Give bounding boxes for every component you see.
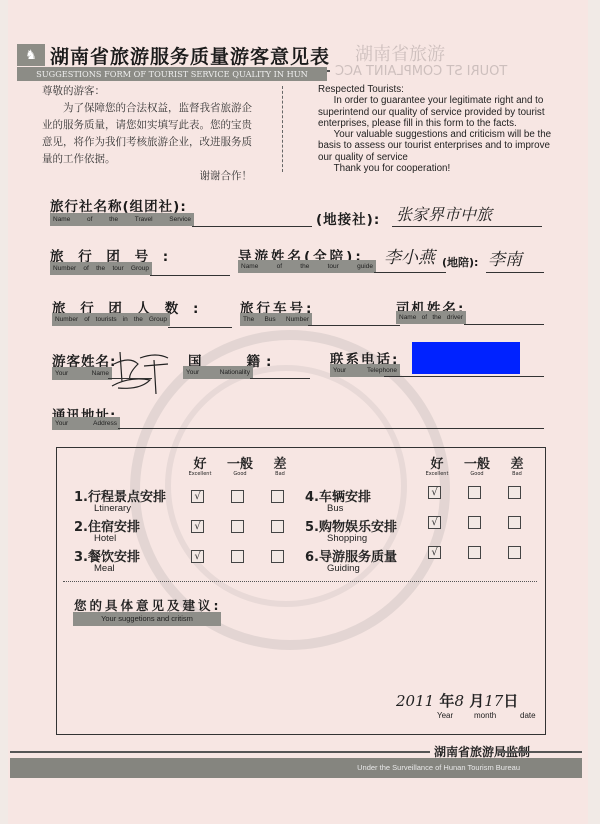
label-word: driver (447, 311, 463, 324)
column-cn: 一般 (464, 457, 490, 472)
column-cn: 一般 (227, 457, 253, 472)
label-word: Your (186, 366, 199, 379)
local-guide-label: (地陪): (442, 254, 478, 270)
label-word: in (123, 313, 128, 326)
nationality-label-en: YourNationality (183, 366, 253, 379)
form-subtitle: SUGGESTIONS FORM OF TOURIST SERVICE QUAL… (17, 67, 327, 81)
address-field[interactable] (118, 428, 544, 429)
rating-checkbox[interactable]: √ (428, 546, 441, 559)
intro-en-p1: In order to guarantee your legitimate ri… (318, 95, 558, 129)
label-word: Number (55, 313, 78, 326)
date-month-cn: 月 (469, 692, 484, 710)
date-day-en: date (520, 711, 536, 720)
rating-checkbox[interactable] (271, 520, 284, 533)
rating-item-label-en: Meal (94, 563, 115, 574)
rating-column-header: 差Bad (502, 458, 532, 477)
telephone-field[interactable] (384, 376, 544, 377)
label-word: Nationality (220, 366, 250, 379)
intro-cn-body: 为了保障您的合法权益，监督我省旅游企业的服务质量，请您如实填写此表。您的宝贵意见… (42, 100, 252, 168)
footer-rule-left (10, 751, 430, 753)
rating-item-label-en: Guiding (327, 563, 360, 574)
label-word: Name (399, 311, 416, 324)
rating-checkbox[interactable] (231, 520, 244, 533)
label-word: Name (53, 213, 70, 226)
label-word: The (243, 313, 254, 326)
label-word: tourists (96, 313, 117, 326)
intro-en-p2: Your valuable suggestions and criticism … (318, 129, 558, 163)
bleed-through-subtitle: TOURI ST COMPLAINT ACC (335, 64, 507, 79)
label-word: Address (93, 417, 117, 430)
local-agency-value: 张家界市中旅 (396, 202, 492, 225)
bus-number-field[interactable] (308, 325, 400, 326)
label-word: guide (357, 260, 373, 273)
intro-cn-greeting: 尊敬的游客： (42, 83, 252, 100)
label-word: Group (149, 313, 167, 326)
intro-en-thanks: Thank you for cooperation! (318, 163, 558, 174)
rating-checkbox[interactable]: √ (428, 486, 441, 499)
rating-column-header: 好Excellent (185, 458, 215, 477)
nationality-field[interactable] (250, 378, 310, 379)
label-word: of (83, 262, 88, 275)
local-guide-field[interactable] (486, 272, 544, 273)
rating-item-label-en: Hotel (94, 533, 116, 544)
bus-number-label-en: TheBusNumber (240, 313, 312, 326)
rating-column-header: 差Bad (265, 458, 295, 477)
column-en: Excellent (422, 471, 452, 477)
group-size-label-en: NumberoftouristsintheGroup (52, 313, 170, 326)
rating-column-header: 一般Good (462, 458, 492, 477)
rating-checkbox[interactable] (508, 486, 521, 499)
date-year: 2011 (396, 692, 434, 710)
column-en: Bad (502, 471, 532, 477)
column-cn: 差 (510, 457, 523, 472)
column-en: Bad (265, 471, 295, 477)
column-cn: 好 (430, 457, 443, 472)
rating-checkbox[interactable] (468, 486, 481, 499)
column-cn: 差 (273, 457, 286, 472)
rating-item-label-en: Ltinerary (94, 503, 131, 514)
rating-column-header: 好Excellent (422, 458, 452, 477)
rating-checkbox[interactable]: √ (191, 490, 204, 503)
label-word: the (96, 262, 105, 275)
label-word: of (422, 311, 427, 324)
intro-chinese: 尊敬的游客： 为了保障您的合法权益，监督我省旅游企业的服务质量，请您如实填写此表… (42, 83, 252, 185)
label-word: Group (131, 262, 149, 275)
date-year-cn: 年 (439, 692, 454, 710)
label-word: the (432, 311, 441, 324)
travel-service-label-en: NameoftheTravelService (50, 213, 194, 226)
footer-band: Under the Surveillance of Hunan Tourism … (10, 758, 582, 778)
rating-checkbox[interactable]: √ (191, 550, 204, 563)
intro-en-greeting: Respected Tourists: (318, 84, 558, 95)
intro-english: Respected Tourists: In order to guarante… (318, 84, 558, 174)
travel-service-label: 旅行社名称(组团社): (50, 195, 187, 215)
footer-rule-right (498, 751, 582, 753)
suggestions-label-en: Your suggetions and critism (73, 612, 221, 626)
local-guide-value: 李南 (488, 245, 522, 270)
label-word: the (134, 313, 143, 326)
rating-divider (63, 581, 537, 582)
label-word: Number (53, 262, 76, 275)
rating-checkbox[interactable]: √ (191, 520, 204, 533)
rating-checkbox[interactable] (231, 550, 244, 563)
label-word: the (109, 213, 118, 226)
label-word: Bus (264, 313, 275, 326)
group-size-field[interactable] (168, 327, 232, 328)
rating-column-header: 一般Good (225, 458, 255, 477)
label-word: the (300, 260, 309, 273)
label-word: Name (241, 260, 258, 273)
guide-name-label-en: Nameofthetourguide (238, 260, 376, 273)
label-word: Your (333, 364, 346, 377)
rating-item-label-en: Bus (327, 503, 343, 514)
local-agency-field[interactable] (392, 226, 542, 227)
label-word: Service (169, 213, 191, 226)
intro-divider (282, 86, 283, 172)
rating-checkbox[interactable] (271, 550, 284, 563)
travel-service-field[interactable] (192, 226, 312, 227)
column-cn: 好 (193, 457, 206, 472)
tour-group-number-label-en: NumberofthetourGroup (50, 262, 152, 275)
telephone-redaction (412, 342, 520, 374)
driver-name-field[interactable] (464, 324, 544, 325)
label-word: Your (55, 367, 68, 380)
rating-checkbox[interactable] (508, 546, 521, 559)
horse-icon: ♞ (17, 44, 45, 66)
address-label-en: YourAddress (52, 417, 120, 430)
rating-item-label-en: Shopping (327, 533, 367, 544)
date-month: 8 (454, 692, 464, 710)
local-agency-label: (地接社): (316, 208, 380, 228)
tourist-name-label-en: YourName (52, 367, 112, 380)
tourist-name-field[interactable] (108, 378, 152, 379)
label-word: of (87, 213, 92, 226)
label-word: Travel (135, 213, 153, 226)
label-word: tour (328, 260, 339, 273)
rating-checkbox[interactable] (468, 516, 481, 529)
guide-name-field[interactable] (374, 272, 446, 273)
tour-group-number-field[interactable] (150, 275, 230, 276)
label-word: Your (55, 417, 68, 430)
rating-checkbox[interactable] (231, 490, 244, 503)
label-word: of (84, 313, 89, 326)
date-day-cn: 日 (503, 692, 518, 710)
date-row: 2011 年8 月17日 (396, 690, 518, 711)
driver-name-label-en: Nameofthedriver (396, 311, 466, 324)
label-word: Number (286, 313, 309, 326)
bleed-through-title: 湖南省旅游 (355, 40, 445, 66)
label-word: tour (112, 262, 123, 275)
label-word: of (277, 260, 282, 273)
guide-name-value: 李小燕 (384, 243, 435, 268)
tourist-signature (110, 346, 180, 396)
rating-checkbox[interactable] (468, 546, 481, 559)
date-day: 17 (484, 692, 503, 710)
date-month-en: month (474, 711, 496, 720)
suggestions-field[interactable] (70, 630, 540, 690)
rating-checkbox[interactable] (508, 516, 521, 529)
rating-checkbox[interactable] (271, 490, 284, 503)
intro-cn-thanks: 谢谢合作！ (42, 168, 252, 185)
label-word: Name (92, 367, 109, 380)
column-en: Excellent (185, 471, 215, 477)
rating-checkbox[interactable]: √ (428, 516, 441, 529)
date-year-en: Year (437, 711, 453, 720)
